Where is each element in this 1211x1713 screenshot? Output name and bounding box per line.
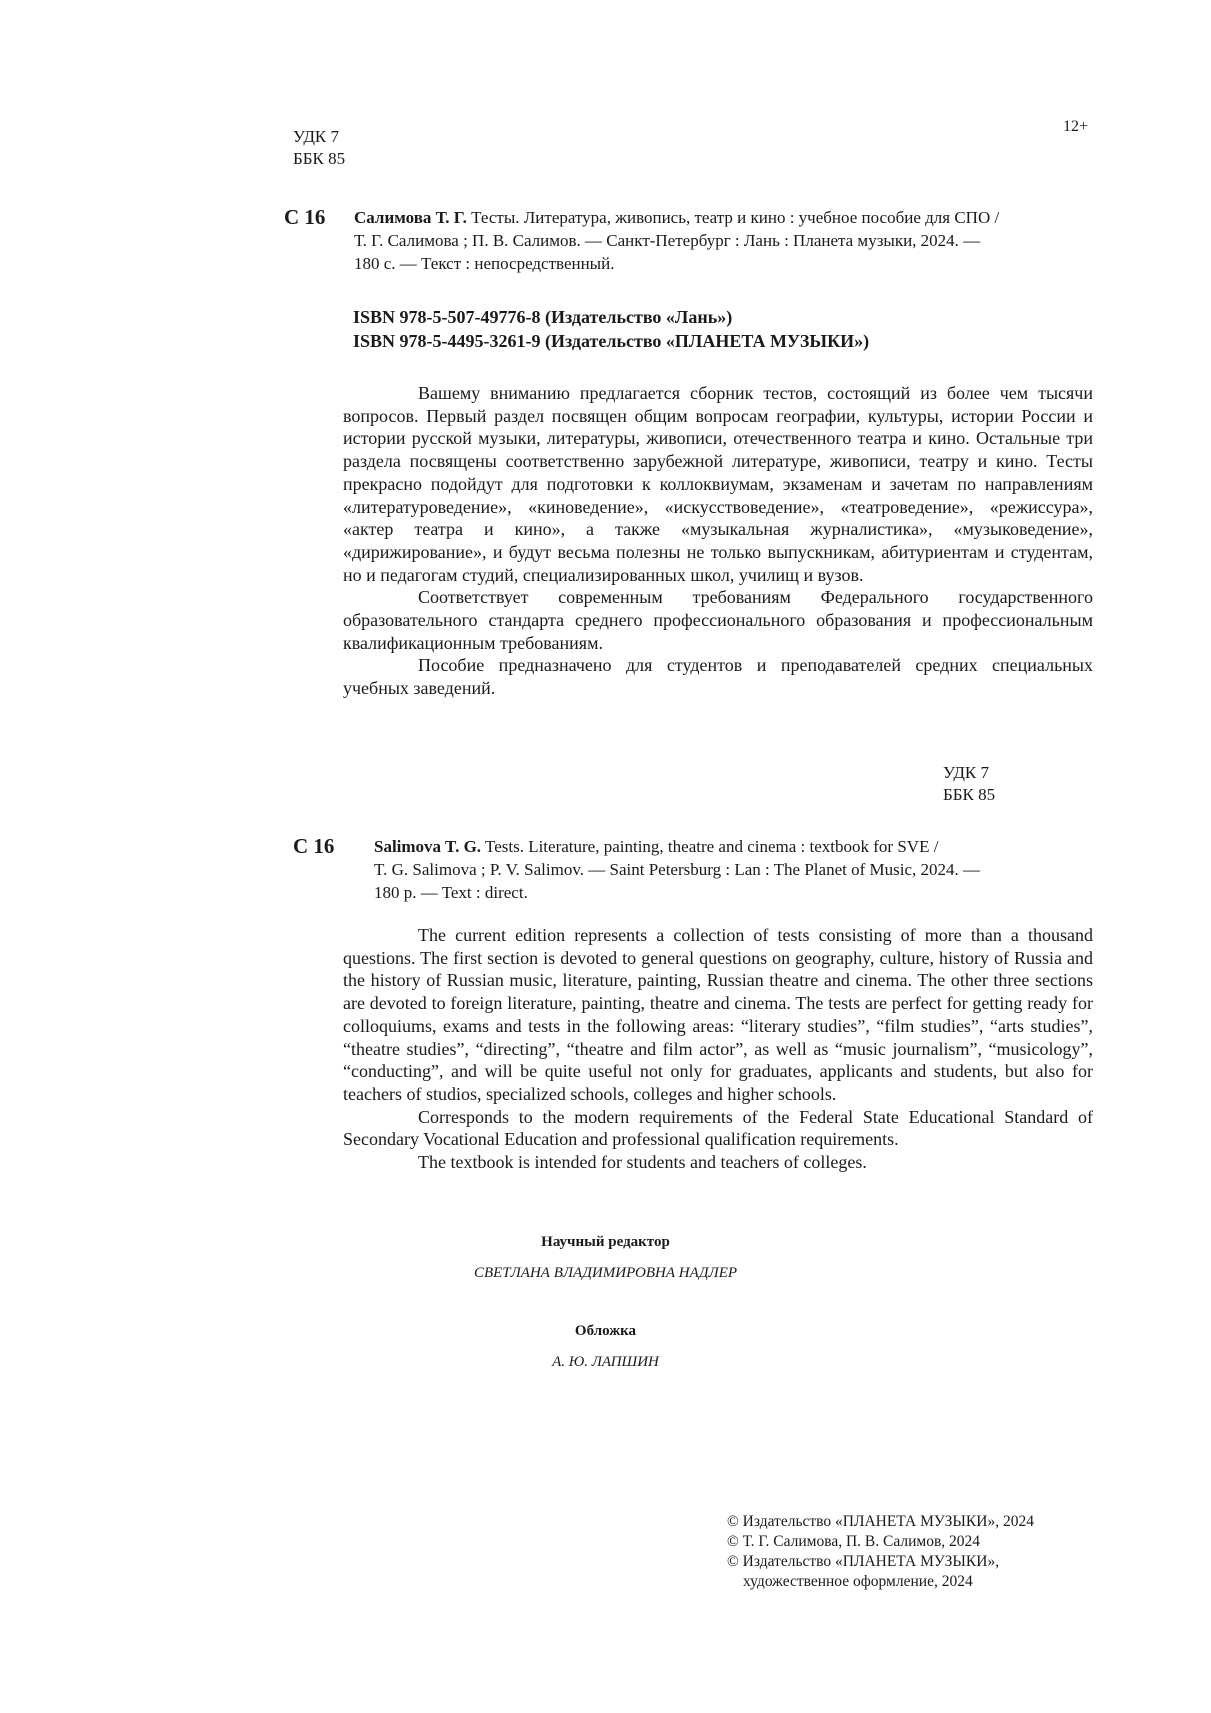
udk-code: УДК 7 [943,762,995,784]
udk-code: УДК 7 [293,126,345,148]
copyright-line: художественное оформление, 2024 [727,1572,1034,1592]
bibliographic-record-ru: Салимова Т. Г. Тесты. Литература, живопи… [354,206,1134,275]
credit-title: Обложка [0,1323,1211,1340]
biblio-ru-line2: Т. Г. Салимова ; П. В. Салимов. — Санкт-… [354,229,1134,252]
biblio-ru-line1: Тесты. Литература, живопись, театр и кин… [467,208,999,227]
annotation-ru-paragraph: Вашему вниманию предлагается сборник тес… [343,382,1093,586]
isbn-block: ISBN 978-5-507-49776-8 (Издательство «Ла… [353,305,869,353]
biblio-en-line3: 180 p. — Text : direct. [374,881,1132,904]
author-name-en: Salimova T. G. [374,837,481,856]
copyright-block: © Издательство «ПЛАНЕТА МУЗЫКИ», 2024 © … [727,1512,1034,1592]
credit-name: СВЕТЛАНА ВЛАДИМИРОВНА НАДЛЕР [0,1265,1211,1282]
classification-top: УДК 7 ББК 85 [293,126,345,170]
annotation-ru: Вашему вниманию предлагается сборник тес… [343,382,1093,700]
annotation-ru-paragraph: Соответствует современным требованиям Фе… [343,586,1093,654]
biblio-ru-line3: 180 с. — Текст : непосредственный. [354,252,1134,275]
annotation-en: The current edition represents a collect… [343,924,1093,1174]
biblio-en-line1: Tests. Literature, painting, theatre and… [481,837,938,856]
annotation-en-paragraph: Corresponds to the modern requirements o… [343,1106,1093,1151]
classification-mid: УДК 7 ББК 85 [943,762,995,806]
catalog-number-en: С 16 [293,834,334,859]
credit-title: Научный редактор [0,1234,1211,1251]
bbk-code: ББК 85 [293,148,345,170]
copyright-line: © Издательство «ПЛАНЕТА МУЗЫКИ», [727,1552,1034,1572]
copyright-line: © Издательство «ПЛАНЕТА МУЗЫКИ», 2024 [727,1512,1034,1532]
author-name-ru: Салимова Т. Г. [354,208,467,227]
isbn-planet-music: ISBN 978-5-4495-3261-9 (Издательство «ПЛ… [353,329,869,353]
isbn-lan: ISBN 978-5-507-49776-8 (Издательство «Ла… [353,305,869,329]
age-rating: 12+ [1063,118,1088,136]
bibliographic-record-en: Salimova T. G. Tests. Literature, painti… [374,835,1132,904]
credit-name: А. Ю. ЛАПШИН [0,1354,1211,1371]
biblio-en-line2: T. G. Salimova ; P. V. Salimov. — Saint … [374,858,1132,881]
credit-cover: Обложка А. Ю. ЛАПШИН [0,1323,1211,1371]
credit-scientific-editor: Научный редактор СВЕТЛАНА ВЛАДИМИРОВНА Н… [0,1234,1211,1282]
copyright-line: © Т. Г. Салимова, П. В. Салимов, 2024 [727,1532,1034,1552]
annotation-en-paragraph: The textbook is intended for students an… [343,1151,1093,1174]
annotation-ru-paragraph: Пособие предназначено для студентов и пр… [343,654,1093,699]
catalog-number-ru: С 16 [284,205,325,230]
annotation-en-paragraph: The current edition represents a collect… [343,924,1093,1106]
bbk-code: ББК 85 [943,784,995,806]
